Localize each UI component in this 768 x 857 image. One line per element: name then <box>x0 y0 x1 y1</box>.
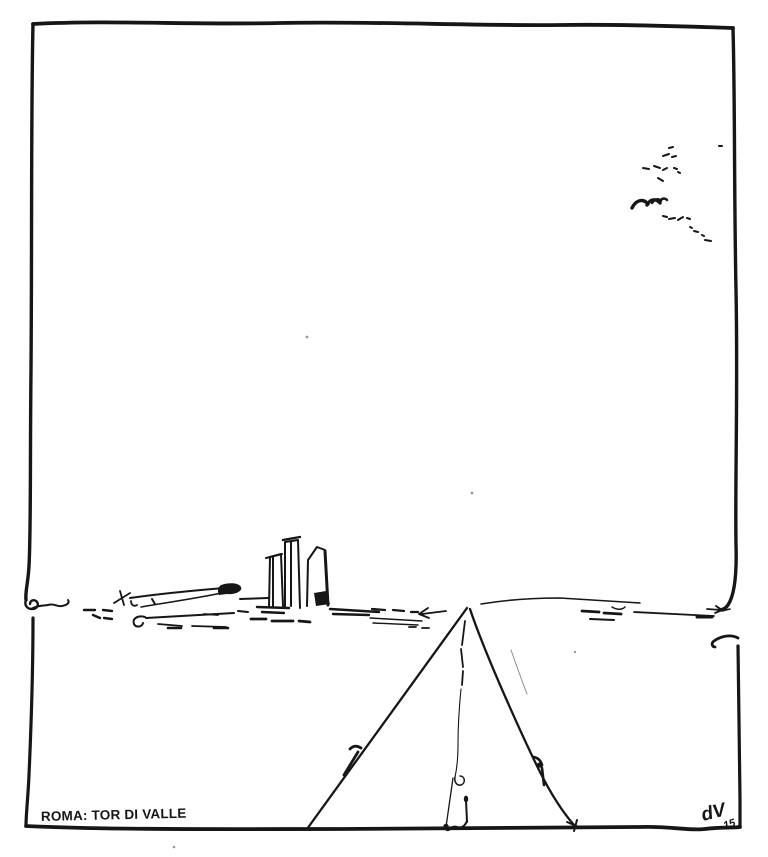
base-left-line <box>240 598 268 599</box>
paper-background <box>0 0 768 857</box>
speck <box>471 492 474 495</box>
right-cluster-line <box>590 619 614 620</box>
speck <box>173 846 176 849</box>
road-end-squiggle-blob <box>443 824 448 828</box>
sketch-canvas: ROMA: TOR DI VALLE dV 15 <box>0 0 768 857</box>
ink-sketch-drawing: ROMA: TOR DI VALLE dV 15 <box>0 0 768 857</box>
speck <box>306 336 309 339</box>
road-end-stem-blob <box>464 796 468 803</box>
road-end-stem <box>466 800 467 822</box>
road-right-tick-blob <box>537 762 543 767</box>
speck <box>574 651 576 653</box>
